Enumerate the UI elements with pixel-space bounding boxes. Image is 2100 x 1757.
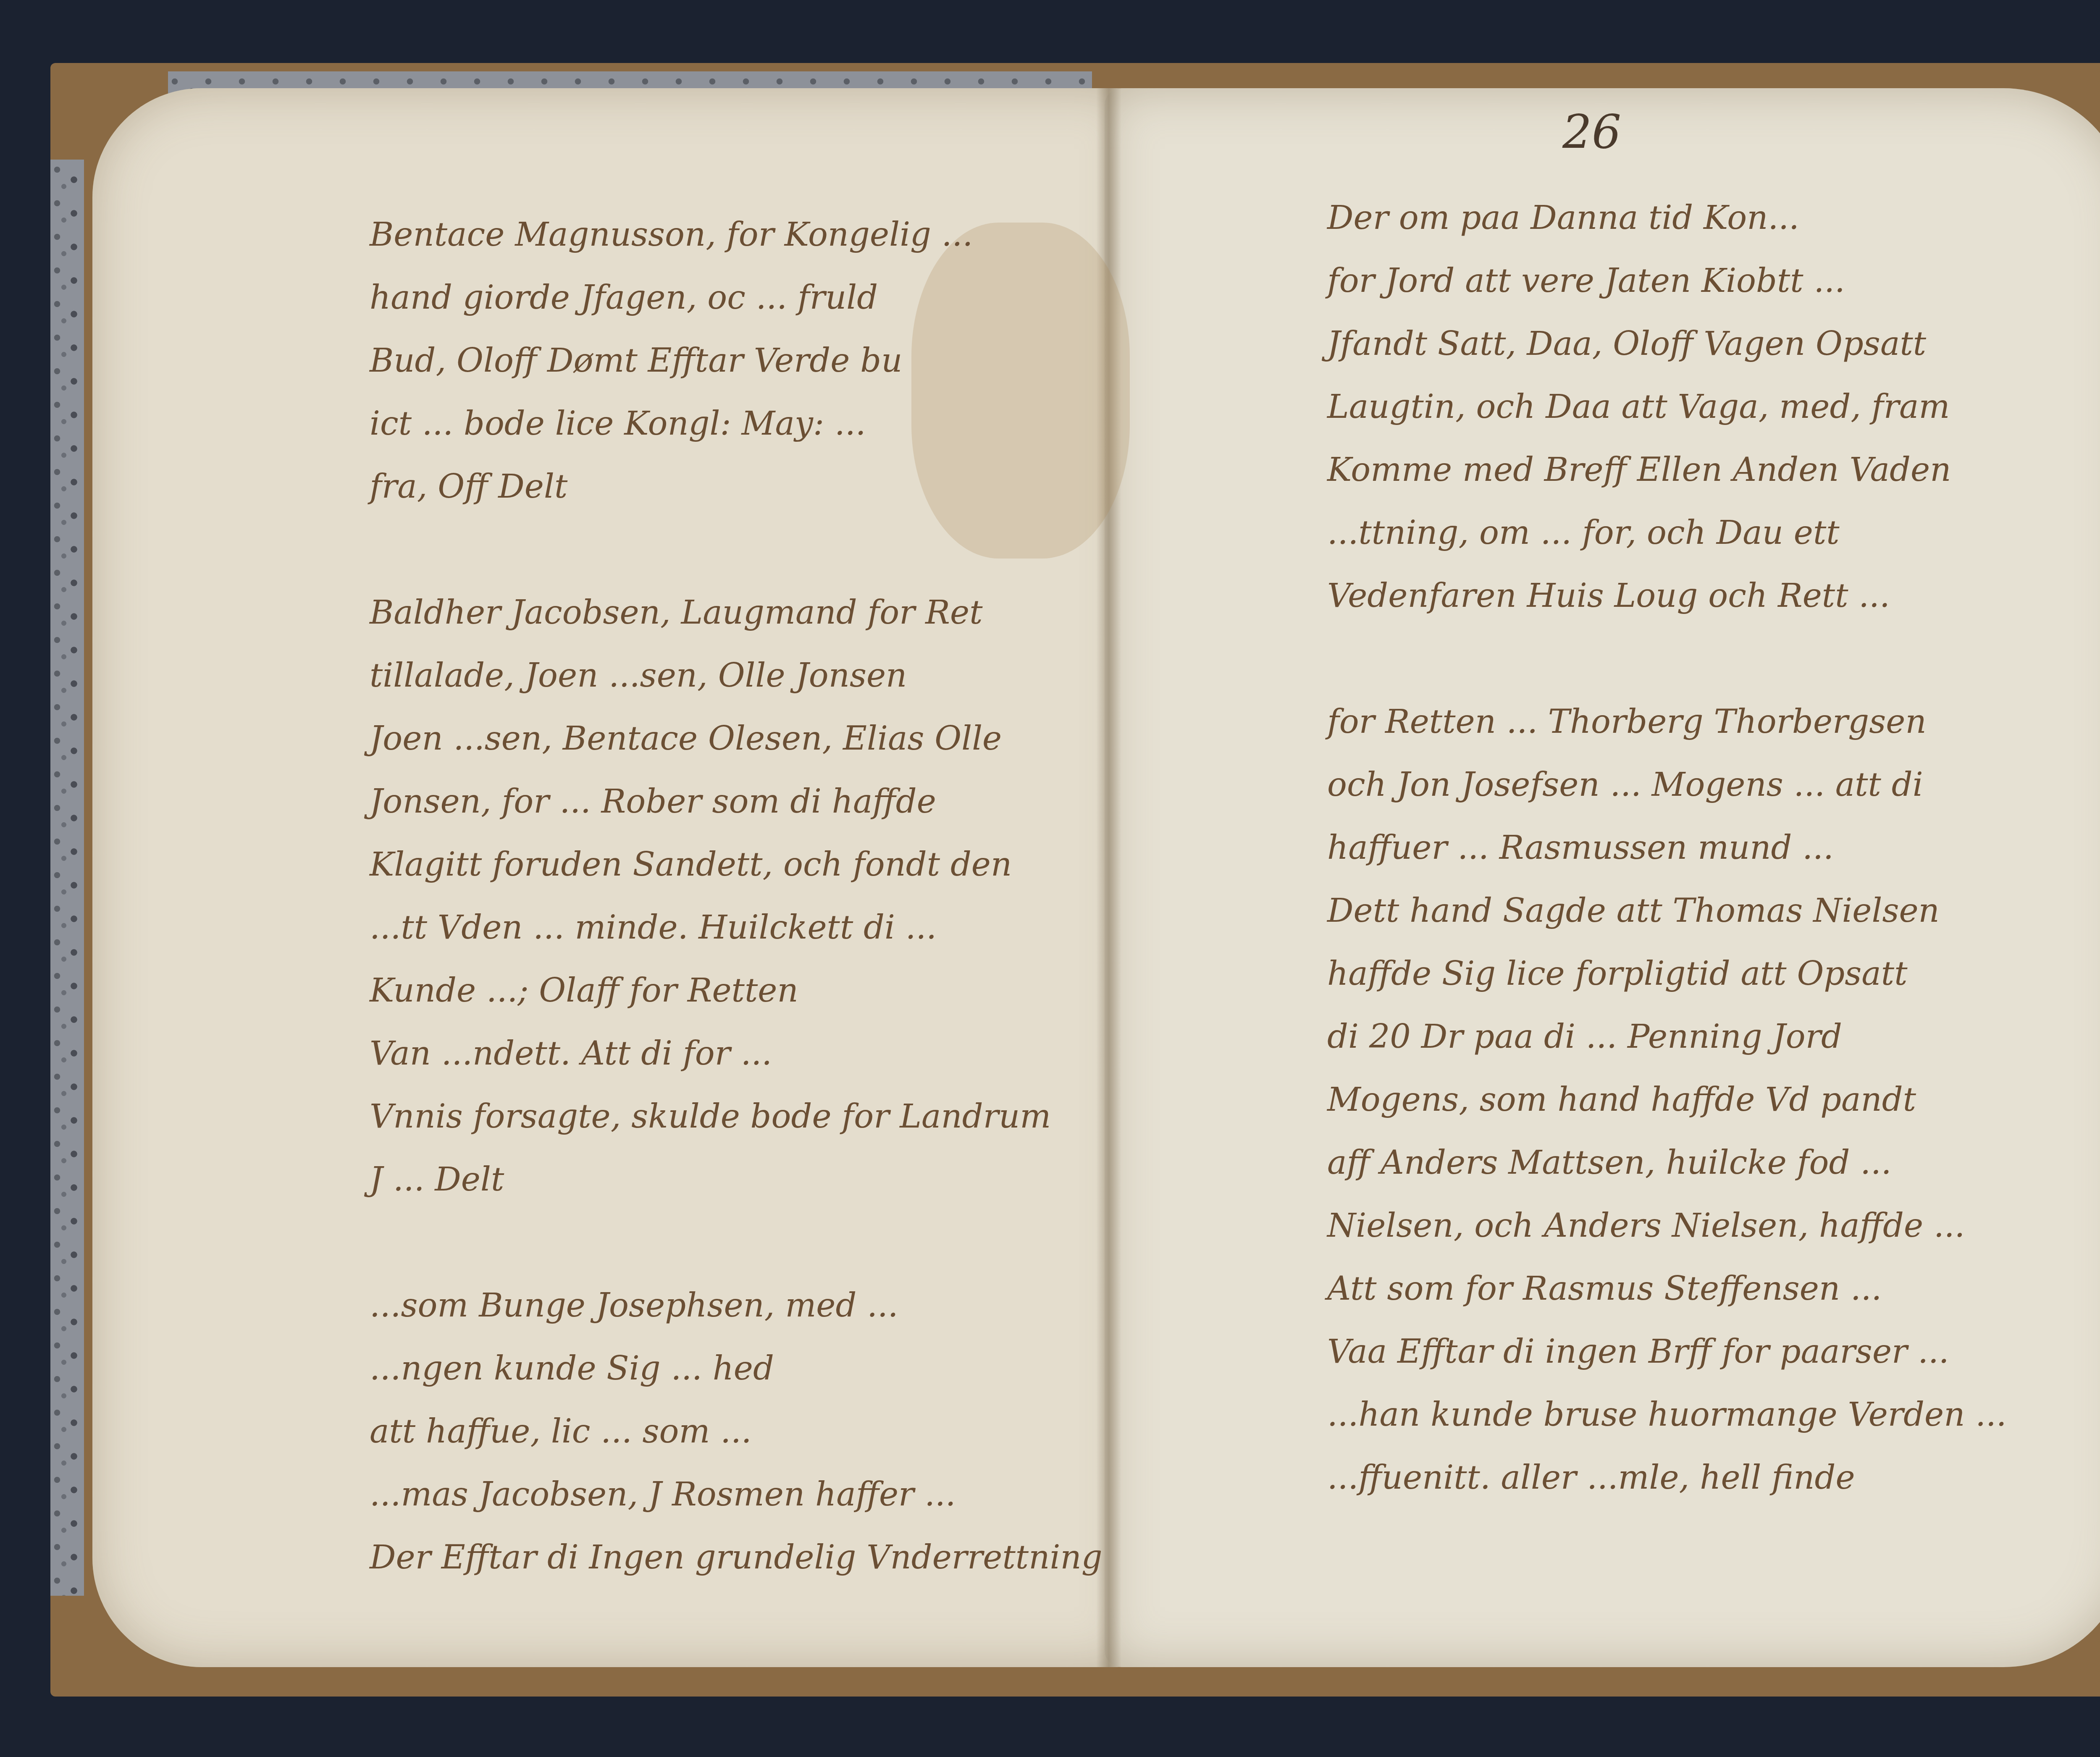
manuscript-line: ...ngen kunde Sig ... hed [370, 1352, 774, 1385]
manuscript-line: Mogens, som hand haffde Vd pandt [1327, 1083, 1916, 1116]
manuscript-line: Laugtin, och Daa att Vaga, med, fram [1327, 391, 1950, 423]
manuscript-line: och Jon Josefsen ... Mogens ... att di [1327, 768, 1923, 801]
manuscript-line: Vaa Efftar di ingen Brff for paarser ... [1327, 1335, 1949, 1368]
manuscript-line: Komme med Breff Ellen Anden Vaden [1327, 454, 1951, 486]
manuscript-line: Dett hand Sagde att Thomas Nielsen [1327, 894, 1940, 927]
water-stain [911, 223, 1130, 559]
manuscript-line: Vnnis forsagte, skulde bode for Landrum [370, 1100, 1051, 1133]
manuscript-line: Att som for Rasmus Steffensen ... [1327, 1272, 1882, 1305]
manuscript-line: for Retten ... Thorberg Thorbergsen [1327, 705, 1927, 738]
manuscript-line: ...som Bunge Josephsen, med ... [370, 1289, 898, 1322]
manuscript-line: aff Anders Mattsen, huilcke fod ... [1327, 1146, 1892, 1179]
marbled-endpaper-left [50, 160, 84, 1596]
manuscript-line: fra, Off Delt [370, 470, 567, 503]
manuscript-line: Der Efftar di Ingen grundelig Vnderrettn… [370, 1541, 1102, 1574]
manuscript-line: Joen ...sen, Bentace Olesen, Elias Olle [370, 722, 1002, 755]
manuscript-line: Bud, Oloff Dømt Efftar Verde bu [370, 344, 902, 377]
page-number: 26 [1562, 105, 1621, 159]
manuscript-line: tillalade, Joen ...sen, Olle Jonsen [370, 659, 907, 692]
manuscript-line: Vedenfaren Huis Loug och Rett ... [1327, 580, 1890, 612]
manuscript-line: Kunde ...; Olaff for Retten [370, 974, 798, 1007]
manuscript-line: haffuer ... Rasmussen mund ... [1327, 831, 1834, 864]
manuscript-line: Der om paa Danna tid Kon... [1327, 202, 1799, 234]
manuscript-line: J ... Delt [370, 1163, 504, 1196]
manuscript-line: ...ffuenitt. aller ...mle, hell finde [1327, 1461, 1855, 1494]
manuscript-line: Van ...ndett. Att di for ... [370, 1037, 772, 1070]
manuscript-line: haffde Sig lice forpligtid att Opsatt [1327, 957, 1908, 990]
manuscript-line: Jfandt Satt, Daa, Oloff Vagen Opsatt [1327, 328, 1926, 360]
open-book [50, 63, 2100, 1697]
manuscript-line: for Jord att vere Jaten Kiobtt ... [1327, 265, 1845, 297]
manuscript-line: ict ... bode lice Kongl: May: ... [370, 407, 866, 440]
manuscript-line: hand giorde Jfagen, oc ... fruld [370, 281, 878, 314]
manuscript-line: Klagitt foruden Sandett, och fondt den [370, 848, 1012, 881]
manuscript-line: Bentace Magnusson, for Kongelig ... [370, 218, 973, 251]
manuscript-line: di 20 Dr paa di ... Penning Jord [1327, 1020, 1842, 1053]
manuscript-line: Nielsen, och Anders Nielsen, haffde ... [1327, 1209, 1965, 1242]
manuscript-line: ...mas Jacobsen, J Rosmen haffer ... [370, 1478, 956, 1511]
manuscript-line: ...ttning, om ... for, och Dau ett [1327, 517, 1840, 549]
manuscript-line: Jonsen, for ... Rober som di haffde [370, 785, 936, 818]
manuscript-line: ...tt Vden ... minde. Huilckett di ... [370, 911, 937, 944]
manuscript-line: Baldher Jacobsen, Laugmand for Ret [370, 596, 983, 629]
manuscript-line: ...han kunde bruse huormange Verden ... [1327, 1398, 2007, 1431]
manuscript-line: att haffue, lic ... som ... [370, 1415, 752, 1448]
